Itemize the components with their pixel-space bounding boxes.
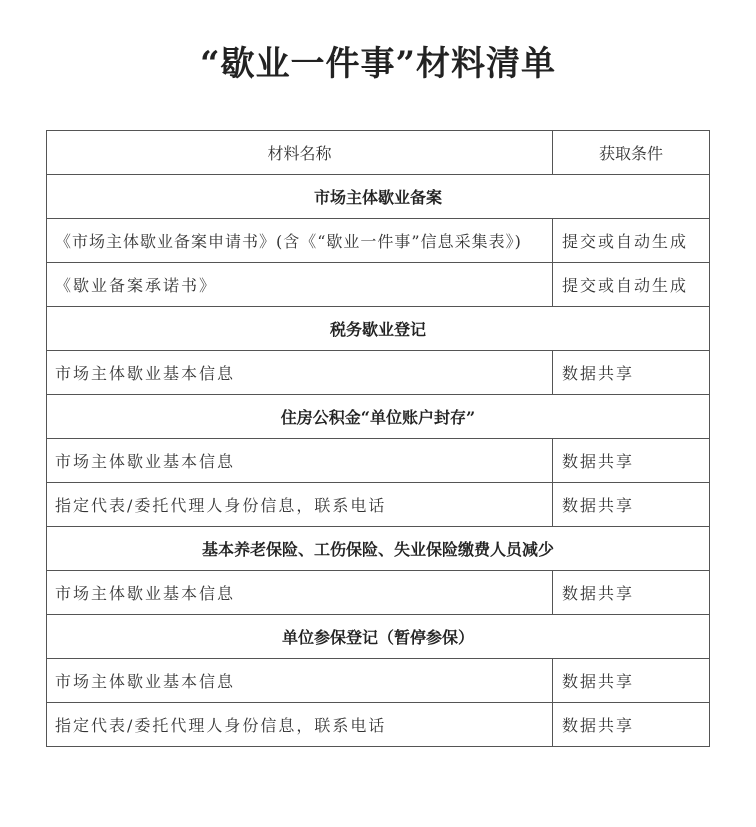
condition-cell: 提交或自动生成 — [553, 219, 710, 263]
table-row: 市场主体歇业基本信息 数据共享 — [47, 659, 710, 703]
condition-cell: 数据共享 — [553, 571, 710, 615]
header-material-name: 材料名称 — [47, 131, 553, 175]
table-row: 市场主体歇业基本信息 数据共享 — [47, 351, 710, 395]
condition-cell: 提交或自动生成 — [553, 263, 710, 307]
section-heading-row: 住房公积金“单位账户封存” — [47, 395, 710, 439]
section-heading: 市场主体歇业备案 — [47, 175, 710, 219]
section-heading-row: 市场主体歇业备案 — [47, 175, 710, 219]
condition-cell: 数据共享 — [553, 703, 710, 747]
table-row: 市场主体歇业基本信息 数据共享 — [47, 439, 710, 483]
table-row: 《市场主体歇业备案申请书》(含《“歇业一件事”信息采集表》) 提交或自动生成 — [47, 219, 710, 263]
section-heading: 单位参保登记（暂停参保） — [47, 615, 710, 659]
table-header-row: 材料名称 获取条件 — [47, 131, 710, 175]
material-name-cell: 市场主体歇业基本信息 — [47, 439, 553, 483]
material-name-cell: 《市场主体歇业备案申请书》(含《“歇业一件事”信息采集表》) — [47, 219, 553, 263]
section-heading-row: 基本养老保险、工伤保险、失业保险缴费人员减少 — [47, 527, 710, 571]
condition-cell: 数据共享 — [553, 439, 710, 483]
table-row: 指定代表/委托代理人身份信息，联系电话 数据共享 — [47, 703, 710, 747]
section-heading-row: 税务歇业登记 — [47, 307, 710, 351]
document-title: “歇业一件事”材料清单 — [0, 36, 756, 85]
material-name-cell: 指定代表/委托代理人身份信息，联系电话 — [47, 483, 553, 527]
table-row: 《歇业备案承诺书》 提交或自动生成 — [47, 263, 710, 307]
header-acquisition-condition: 获取条件 — [553, 131, 710, 175]
section-heading-row: 单位参保登记（暂停参保） — [47, 615, 710, 659]
material-name-cell: 市场主体歇业基本信息 — [47, 351, 553, 395]
condition-cell: 数据共享 — [553, 483, 710, 527]
material-name-cell: 市场主体歇业基本信息 — [47, 659, 553, 703]
section-heading: 住房公积金“单位账户封存” — [47, 395, 710, 439]
material-name-cell: 市场主体歇业基本信息 — [47, 571, 553, 615]
material-name-cell: 《歇业备案承诺书》 — [47, 263, 553, 307]
section-heading: 税务歇业登记 — [47, 307, 710, 351]
condition-cell: 数据共享 — [553, 659, 710, 703]
table-row: 市场主体歇业基本信息 数据共享 — [47, 571, 710, 615]
table-row: 指定代表/委托代理人身份信息，联系电话 数据共享 — [47, 483, 710, 527]
materials-table: 材料名称 获取条件 市场主体歇业备案 《市场主体歇业备案申请书》(含《“歇业一件… — [46, 130, 710, 747]
section-heading: 基本养老保险、工伤保险、失业保险缴费人员减少 — [47, 527, 710, 571]
condition-cell: 数据共享 — [553, 351, 710, 395]
material-name-cell: 指定代表/委托代理人身份信息，联系电话 — [47, 703, 553, 747]
